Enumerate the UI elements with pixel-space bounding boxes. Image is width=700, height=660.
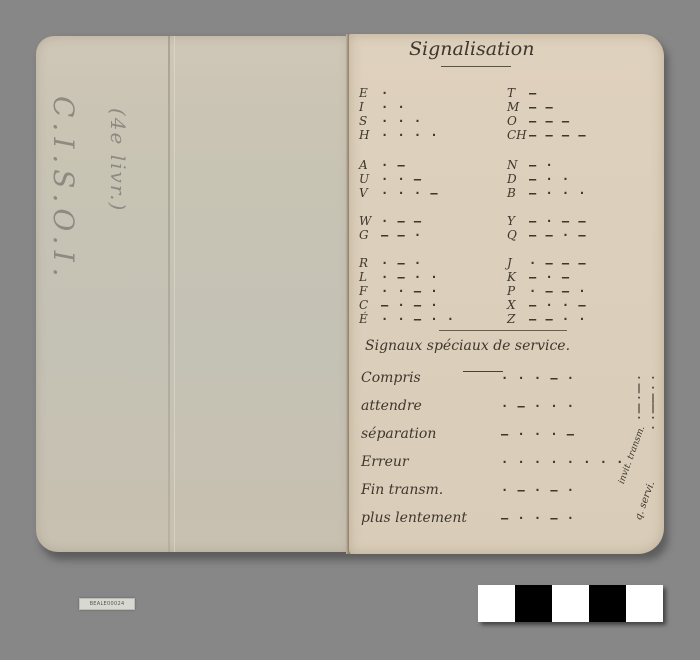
morse-letter: I bbox=[359, 100, 373, 114]
page-title: Signalisation bbox=[409, 38, 534, 60]
morse-letter: P bbox=[507, 284, 521, 298]
morse-code: · · — · bbox=[381, 284, 439, 298]
morse-row: L· — · · bbox=[359, 270, 439, 284]
morse-letter: J bbox=[507, 256, 521, 270]
morse-letter: T bbox=[507, 86, 521, 100]
service-signal-row: séparation— · · · — bbox=[361, 426, 575, 442]
morse-letter: Z bbox=[507, 312, 521, 326]
service-signal-row: Erreur· · · · · · · · bbox=[361, 454, 624, 470]
service-signal-label: plus lentement bbox=[361, 510, 501, 526]
inventory-tag: BEALE00024 bbox=[79, 598, 135, 610]
morse-row: I· · bbox=[359, 100, 406, 114]
morse-letter: C bbox=[359, 298, 373, 312]
morse-row: C— · — · bbox=[359, 298, 439, 312]
morse-letter: L bbox=[359, 270, 373, 284]
morse-code: · · bbox=[381, 100, 406, 114]
service-signal-row: Compris· · · — · bbox=[361, 370, 575, 386]
page-crease bbox=[168, 36, 170, 552]
morse-code: · · · — bbox=[381, 186, 439, 200]
morse-letter: V bbox=[359, 186, 373, 200]
morse-letter: R bbox=[359, 256, 373, 270]
morse-row: S· · · bbox=[359, 114, 422, 128]
scale-segment-white bbox=[626, 585, 663, 622]
morse-code: — — bbox=[529, 100, 554, 114]
morse-row: CH— — — — bbox=[507, 128, 587, 142]
morse-letter: M bbox=[507, 100, 521, 114]
morse-code: · · · · bbox=[381, 128, 439, 142]
morse-code: — — · — bbox=[529, 228, 587, 242]
morse-row: K— · — bbox=[507, 270, 570, 284]
morse-code: — · — — bbox=[529, 214, 587, 228]
morse-code: — · bbox=[529, 158, 554, 172]
morse-row: Y— · — — bbox=[507, 214, 587, 228]
service-signal-label: Erreur bbox=[361, 454, 501, 470]
title-underline bbox=[441, 66, 511, 67]
service-signal-label: Compris bbox=[361, 370, 501, 386]
morse-letter: O bbox=[507, 114, 521, 128]
morse-letter: H bbox=[359, 128, 373, 142]
morse-code: · — — · bbox=[529, 284, 587, 298]
left-page-inscription: C.I.S.O.I. bbox=[47, 96, 80, 283]
morse-code: · — bbox=[381, 158, 406, 172]
morse-row: A· — bbox=[359, 158, 406, 172]
service-signal-code: — · · — · bbox=[501, 511, 575, 525]
open-notebook: C.I.S.O.I. (4e livr.) Signalisation E·I·… bbox=[36, 34, 664, 554]
morse-letter: B bbox=[507, 186, 521, 200]
morse-row: Q— — · — bbox=[507, 228, 587, 242]
morse-code: — · — bbox=[529, 270, 570, 284]
morse-row: F· · — · bbox=[359, 284, 439, 298]
service-signal-row: Fin transm.· — · — · bbox=[361, 482, 575, 498]
service-signal-code: · — · — · bbox=[501, 483, 575, 497]
morse-code: — · · — bbox=[529, 298, 587, 312]
scale-segment-black bbox=[589, 585, 626, 622]
morse-letter: K bbox=[507, 270, 521, 284]
morse-letter: D bbox=[507, 172, 521, 186]
morse-code: — · · · bbox=[529, 186, 587, 200]
morse-code: · — — — bbox=[529, 256, 587, 270]
morse-letter: F bbox=[359, 284, 373, 298]
right-page: Signalisation E·I· ·S· · ·H· · · ·A· —U·… bbox=[349, 34, 664, 554]
morse-code: — — · bbox=[381, 228, 422, 242]
morse-row: D— · · bbox=[507, 172, 570, 186]
morse-letter: X bbox=[507, 298, 521, 312]
morse-letter: É bbox=[359, 312, 373, 326]
morse-letter: G bbox=[359, 228, 373, 242]
morse-row: X— · · — bbox=[507, 298, 587, 312]
morse-letter: E bbox=[359, 86, 373, 100]
scale-segment-white bbox=[478, 585, 515, 622]
morse-letter: CH bbox=[507, 128, 521, 142]
morse-row: U· · — bbox=[359, 172, 422, 186]
morse-code: · · · bbox=[381, 114, 422, 128]
page-crease-highlight bbox=[174, 36, 175, 552]
morse-code: · — · bbox=[381, 256, 422, 270]
morse-code: — — — — bbox=[529, 128, 587, 142]
morse-row: E· bbox=[359, 86, 389, 100]
morse-row: Z— — · · bbox=[507, 312, 587, 326]
morse-row: P· — — · bbox=[507, 284, 587, 298]
morse-row: O— — — bbox=[507, 114, 570, 128]
morse-code: · — — bbox=[381, 214, 422, 228]
section-divider bbox=[439, 330, 567, 331]
morse-code: — — — bbox=[529, 114, 570, 128]
left-page: C.I.S.O.I. (4e livr.) bbox=[36, 36, 349, 552]
morse-code: — — · · bbox=[529, 312, 587, 326]
morse-row: V· · · — bbox=[359, 186, 439, 200]
morse-code: — · · bbox=[529, 172, 570, 186]
color-scale-bar bbox=[478, 585, 663, 622]
margin-note-servi: q. servi. bbox=[633, 480, 657, 522]
service-signal-code: · — · · · bbox=[501, 399, 575, 413]
service-signal-row: attendre· — · · · bbox=[361, 398, 575, 414]
morse-code: — bbox=[529, 86, 537, 100]
morse-row: B— · · · bbox=[507, 186, 587, 200]
service-signal-label: attendre bbox=[361, 398, 501, 414]
service-signal-row: plus lentement— · · — · bbox=[361, 510, 575, 526]
morse-code: · — · · bbox=[381, 270, 439, 284]
morse-row: G— — · bbox=[359, 228, 422, 242]
morse-letter: S bbox=[359, 114, 373, 128]
morse-code: · · — · · bbox=[381, 312, 455, 326]
morse-row: H· · · · bbox=[359, 128, 439, 142]
margin-vertical-code-2: ··||·· bbox=[649, 374, 657, 434]
morse-letter: W bbox=[359, 214, 373, 228]
service-signal-label: séparation bbox=[361, 426, 501, 442]
service-signal-code: · · · — · bbox=[501, 371, 575, 385]
service-signal-code: · · · · · · · · bbox=[501, 455, 624, 469]
morse-row: J· — — — bbox=[507, 256, 587, 270]
morse-row: M— — bbox=[507, 100, 554, 114]
morse-row: T— bbox=[507, 86, 537, 100]
morse-code: · · — bbox=[381, 172, 422, 186]
morse-letter: Q bbox=[507, 228, 521, 242]
left-page-inscription-secondary: (4e livr.) bbox=[106, 108, 130, 212]
service-signal-code: — · · · — bbox=[501, 427, 575, 441]
morse-row: N— · bbox=[507, 158, 554, 172]
morse-letter: N bbox=[507, 158, 521, 172]
morse-letter: U bbox=[359, 172, 373, 186]
section-title: Signaux spéciaux de service. bbox=[365, 338, 570, 354]
morse-row: R· — · bbox=[359, 256, 422, 270]
morse-row: É· · — · · bbox=[359, 312, 455, 326]
morse-letter: Y bbox=[507, 214, 521, 228]
scale-segment-white bbox=[552, 585, 589, 622]
morse-row: W· — — bbox=[359, 214, 422, 228]
morse-code: — · — · bbox=[381, 298, 439, 312]
service-signal-label: Fin transm. bbox=[361, 482, 501, 498]
morse-letter: A bbox=[359, 158, 373, 172]
margin-vertical-code-1: ·|·|· bbox=[635, 374, 643, 424]
morse-code: · bbox=[381, 86, 389, 100]
scale-segment-black bbox=[515, 585, 552, 622]
